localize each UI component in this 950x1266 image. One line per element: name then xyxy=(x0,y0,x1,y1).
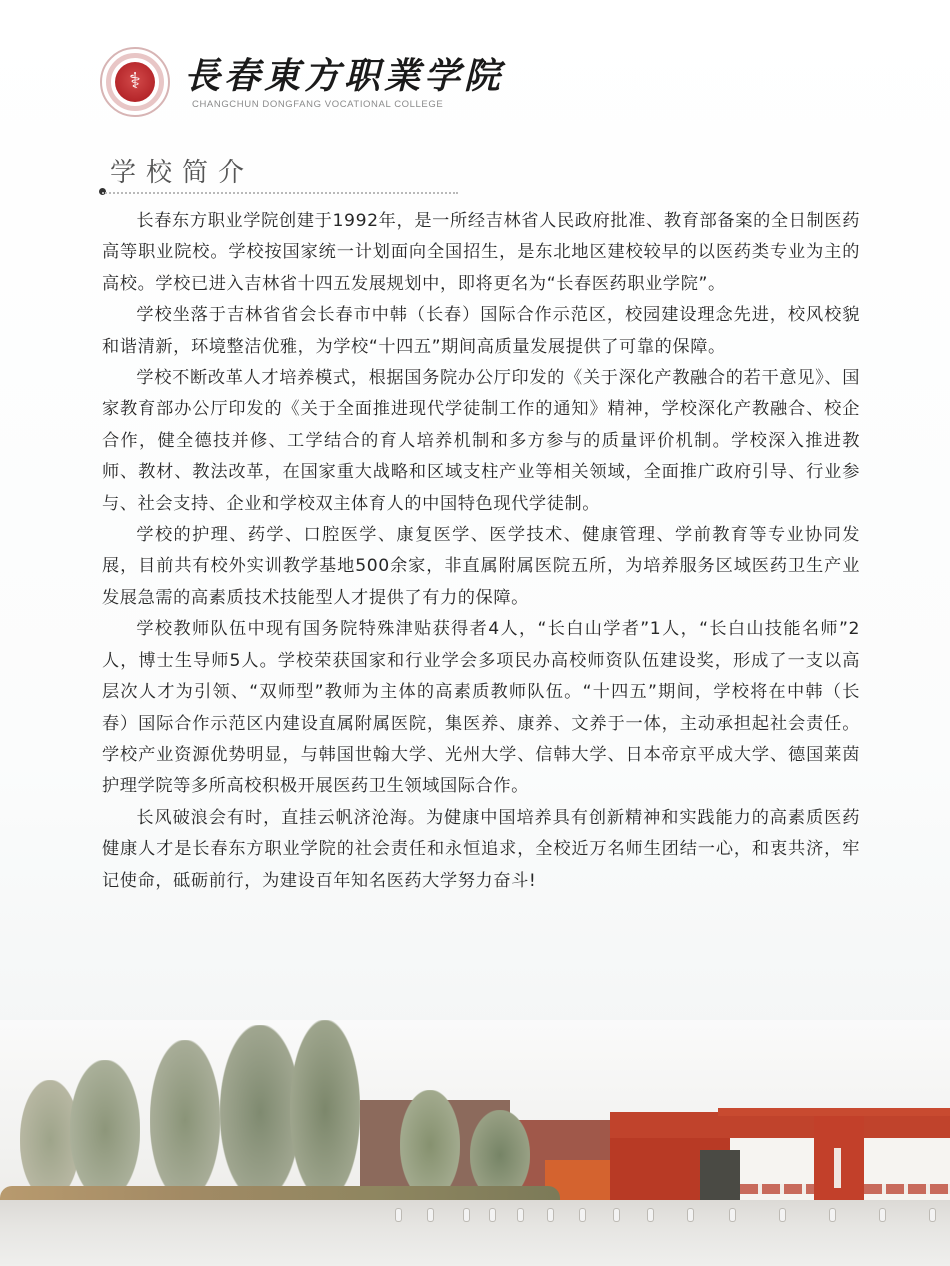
road-bollard xyxy=(464,1209,469,1221)
paragraph-closing: 长风破浪会有时，直挂云帆济沧海。为健康中国培养具有创新精神和实践能力的高素质医药… xyxy=(102,803,860,897)
college-name-en: CHANGCHUN DONGFANG VOCATIONAL COLLEGE xyxy=(192,99,504,110)
road-bollard xyxy=(688,1209,693,1221)
dotted-divider xyxy=(102,192,458,195)
road-bollard xyxy=(614,1209,619,1221)
section-title: 学校简介 xyxy=(110,152,254,189)
road-bollard xyxy=(880,1209,885,1221)
college-brand: 長春東方职業学院 CHANGCHUN DONGFANG VOCATIONAL C… xyxy=(184,55,504,110)
paragraph-location: 学校坐落于吉林省省会长春市中韩（长春）国际合作示范区，校园建设理念先进，校风校貌… xyxy=(102,300,860,363)
road-bollard xyxy=(428,1209,433,1221)
road-bollard xyxy=(730,1209,735,1221)
road-bollard xyxy=(548,1209,553,1221)
campus-road xyxy=(0,1200,950,1266)
college-emblem: ⚕ xyxy=(100,47,170,117)
road-bollard xyxy=(780,1209,785,1221)
road-bollard xyxy=(580,1209,585,1221)
college-header: ⚕ 長春東方职業学院 CHANGCHUN DONGFANG VOCATIONAL… xyxy=(100,46,504,118)
paragraph-faculty: 学校教师队伍中现有国务院特殊津贴获得者4人，“长白山学者”1人，“长白山技能名师… xyxy=(102,614,860,802)
paragraph-training-model: 学校不断改革人才培养模式，根据国务院办公厅印发的《关于深化产教融合的若干意见》、… xyxy=(102,363,860,520)
caduceus-emblem-icon: ⚕ xyxy=(115,62,155,102)
paragraph-founding: 长春东方职业学院创建于1992年，是一所经吉林省人民政府批准、教育部备案的全日制… xyxy=(102,206,860,300)
campus-gate-photo xyxy=(0,1020,950,1266)
road-bollard xyxy=(396,1209,401,1221)
campus-gate-beam-top xyxy=(718,1108,950,1116)
road-bollard xyxy=(830,1209,835,1221)
tree xyxy=(400,1090,460,1200)
tree xyxy=(70,1060,140,1200)
college-name-cn: 長春東方职業学院 xyxy=(184,55,504,97)
gate-fence xyxy=(740,1184,814,1194)
tree xyxy=(290,1020,360,1200)
road-bollard xyxy=(648,1209,653,1221)
intro-body: 长春东方职业学院创建于1992年，是一所经吉林省人民政府批准、教育部备案的全日制… xyxy=(102,206,860,897)
paragraph-majors: 学校的护理、药学、口腔医学、康复医学、医学技术、健康管理、学前教育等专业协同发展… xyxy=(102,520,860,614)
guard-house xyxy=(700,1150,740,1202)
gate-fence xyxy=(864,1184,950,1194)
tree xyxy=(150,1040,220,1200)
gate-pillar-slot xyxy=(834,1148,841,1188)
road-bollard xyxy=(490,1209,495,1221)
tree xyxy=(220,1025,300,1200)
road-bollard xyxy=(930,1209,935,1221)
emblem-ring: ⚕ xyxy=(106,53,164,111)
road-bollard xyxy=(518,1209,523,1221)
